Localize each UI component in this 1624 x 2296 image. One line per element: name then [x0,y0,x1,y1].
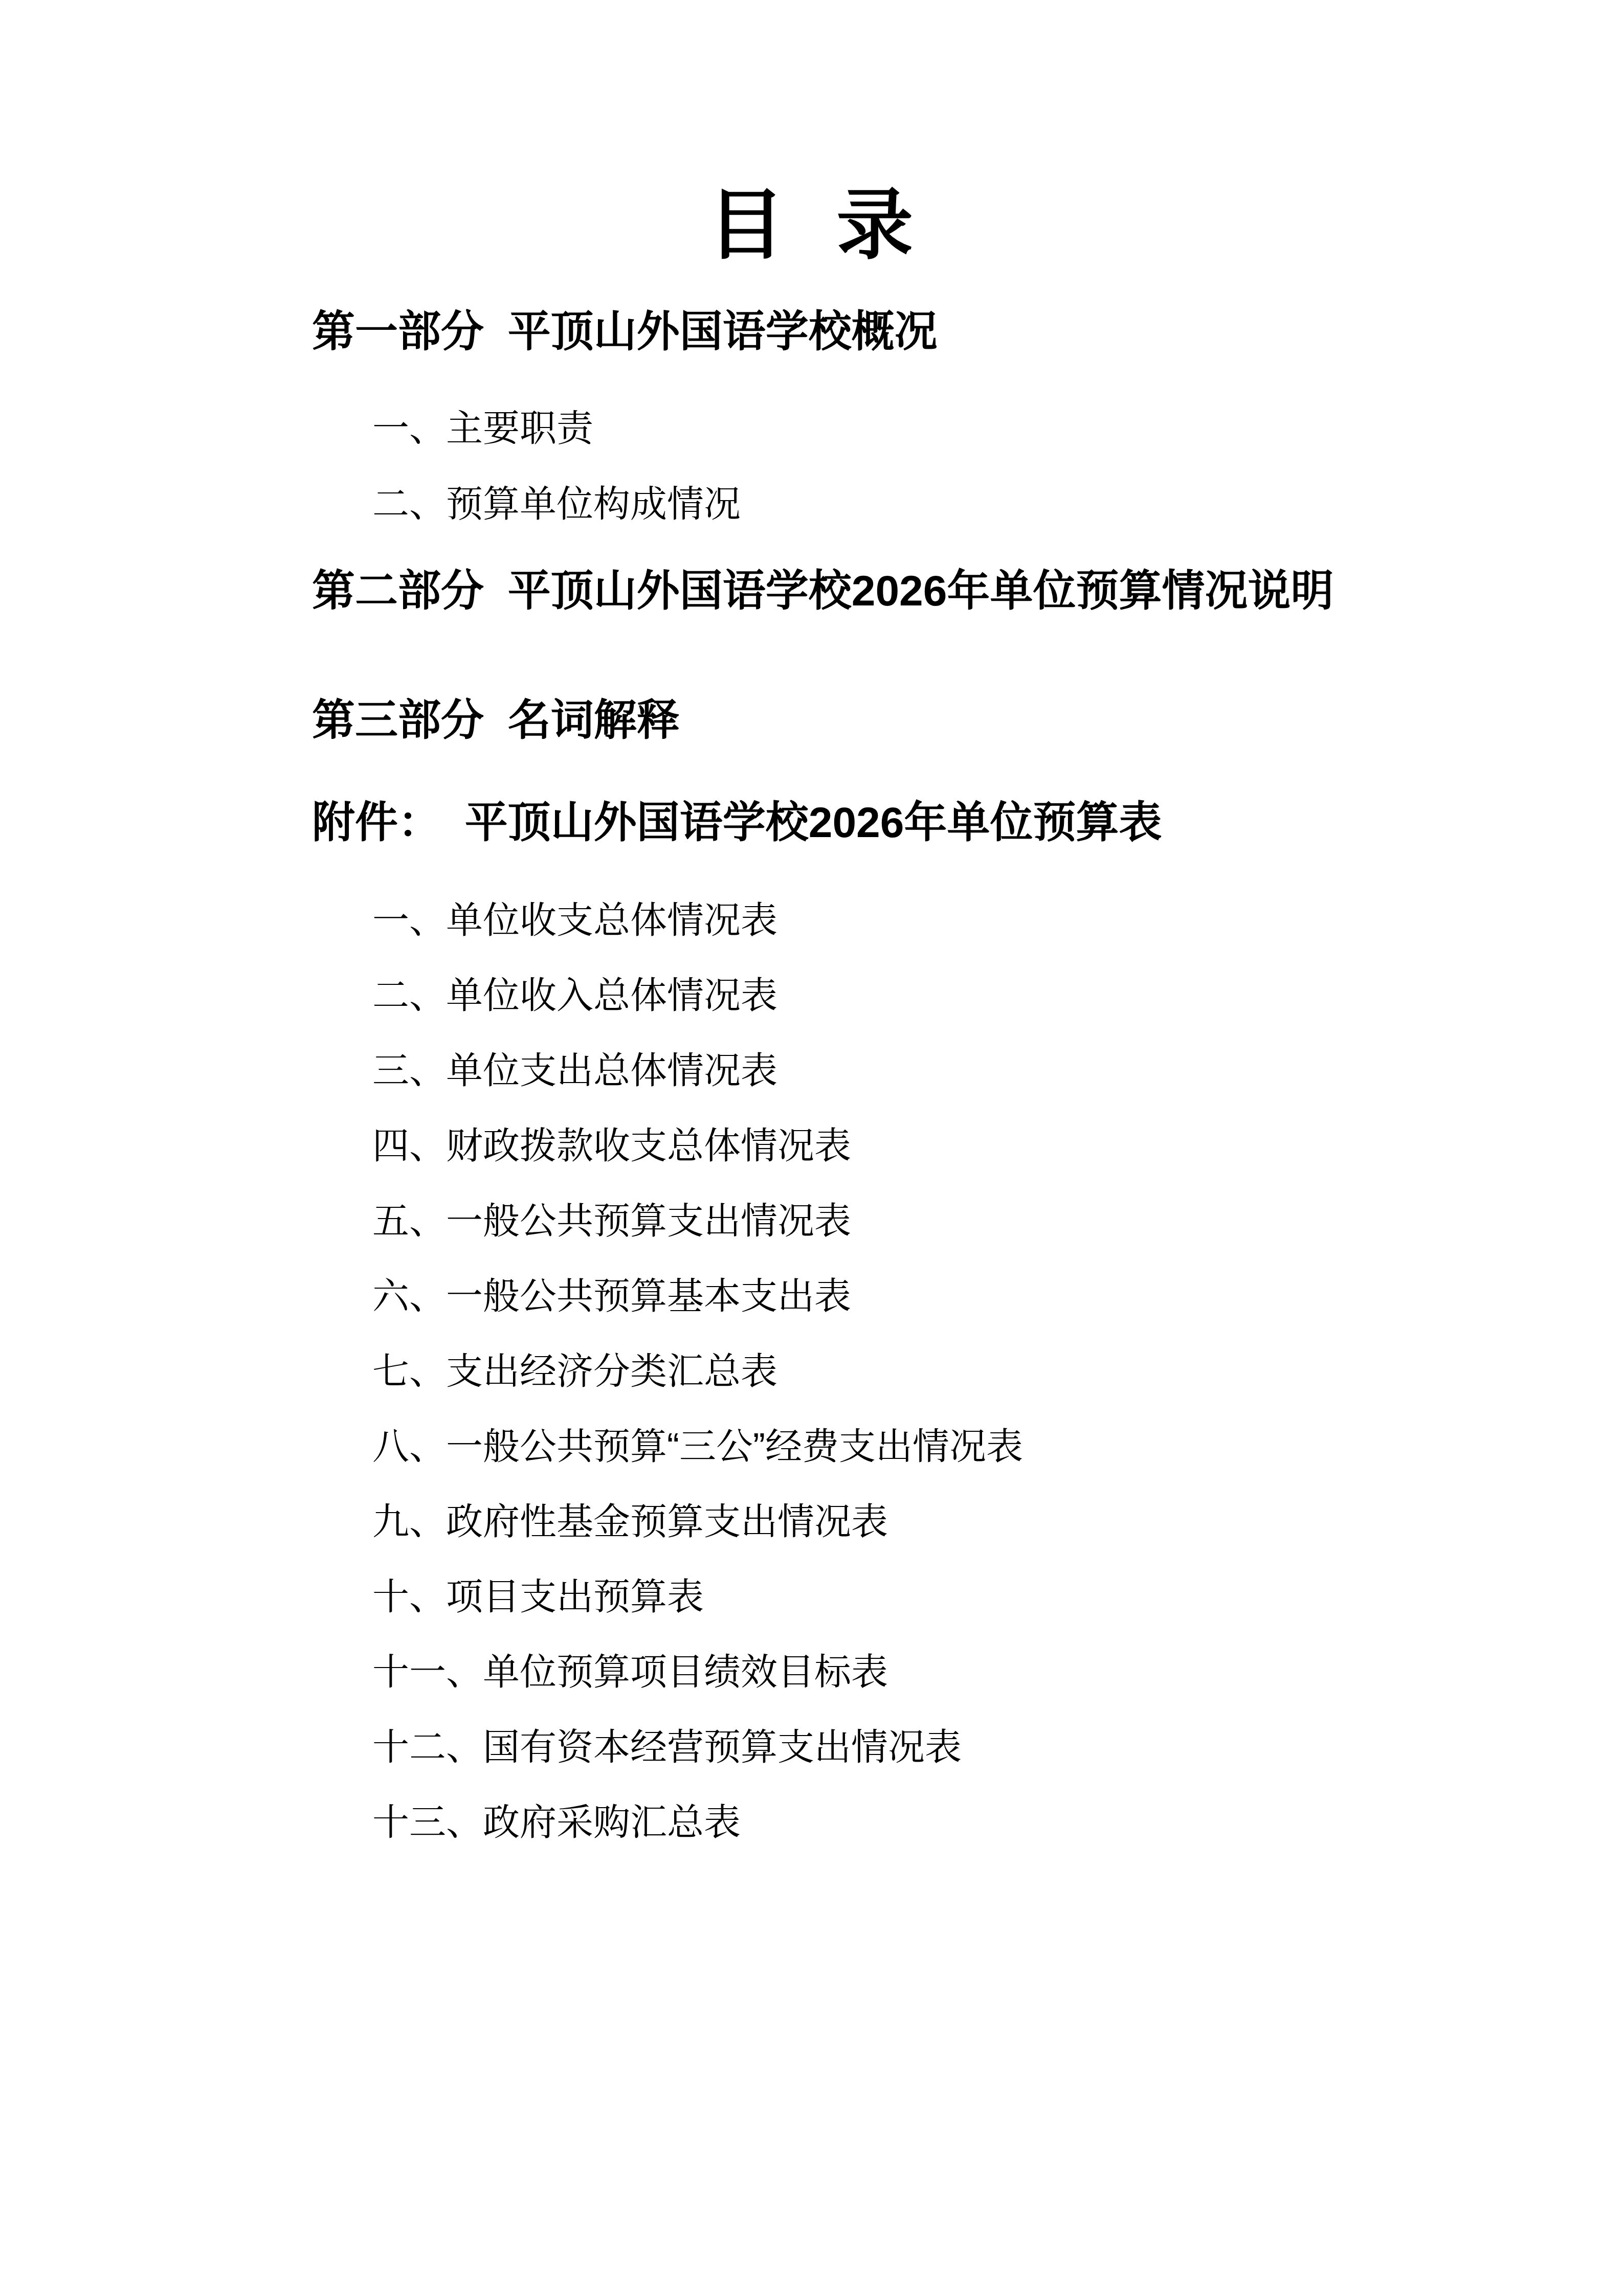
part-3-heading: 第三部分 名词解释 [312,695,1624,745]
part-1-item-1: 一、主要职责 [372,407,1624,450]
attachment-item-12: 十二、国有资本经营预算支出情况表 [372,1726,1624,1769]
attachment-item-13: 十三、政府采购汇总表 [372,1801,1624,1844]
attachment-item-7: 七、支出经济分类汇总表 [372,1350,1624,1393]
attachment-item-8: 八、一般公共预算“三公”经费支出情况表 [372,1425,1624,1468]
attachment-item-9: 九、政府性基金预算支出情况表 [372,1500,1624,1543]
attachment-item-2: 二、单位收入总体情况表 [372,974,1624,1017]
attachment-item-3: 三、单位支出总体情况表 [372,1049,1624,1092]
part-1-item-2: 二、预算单位构成情况 [372,483,1624,526]
attachment-item-10: 十、项目支出预算表 [372,1575,1624,1618]
document-page: 目 录 第一部分 平顶山外国语学校概况 一、主要职责 二、预算单位构成情况 第二… [0,0,1624,2296]
part-2-heading: 第二部分 平顶山外国语学校2026年单位预算情况说明 [312,566,1624,615]
attachment-item-5: 五、一般公共预算支出情况表 [372,1200,1624,1243]
attachment-heading: 附件： 平顶山外国语学校2026年单位预算表 [312,798,1624,847]
attachment-item-4: 四、财政拨款收支总体情况表 [372,1124,1624,1167]
attachment-item-1: 一、单位收支总体情况表 [372,899,1624,942]
part-1-heading: 第一部分 平顶山外国语学校概况 [312,307,1624,356]
attachment-item-6: 六、一般公共预算基本支出表 [372,1275,1624,1318]
page-title: 目 录 [0,184,1624,266]
attachment-item-11: 十一、单位预算项目绩效目标表 [372,1651,1624,1694]
